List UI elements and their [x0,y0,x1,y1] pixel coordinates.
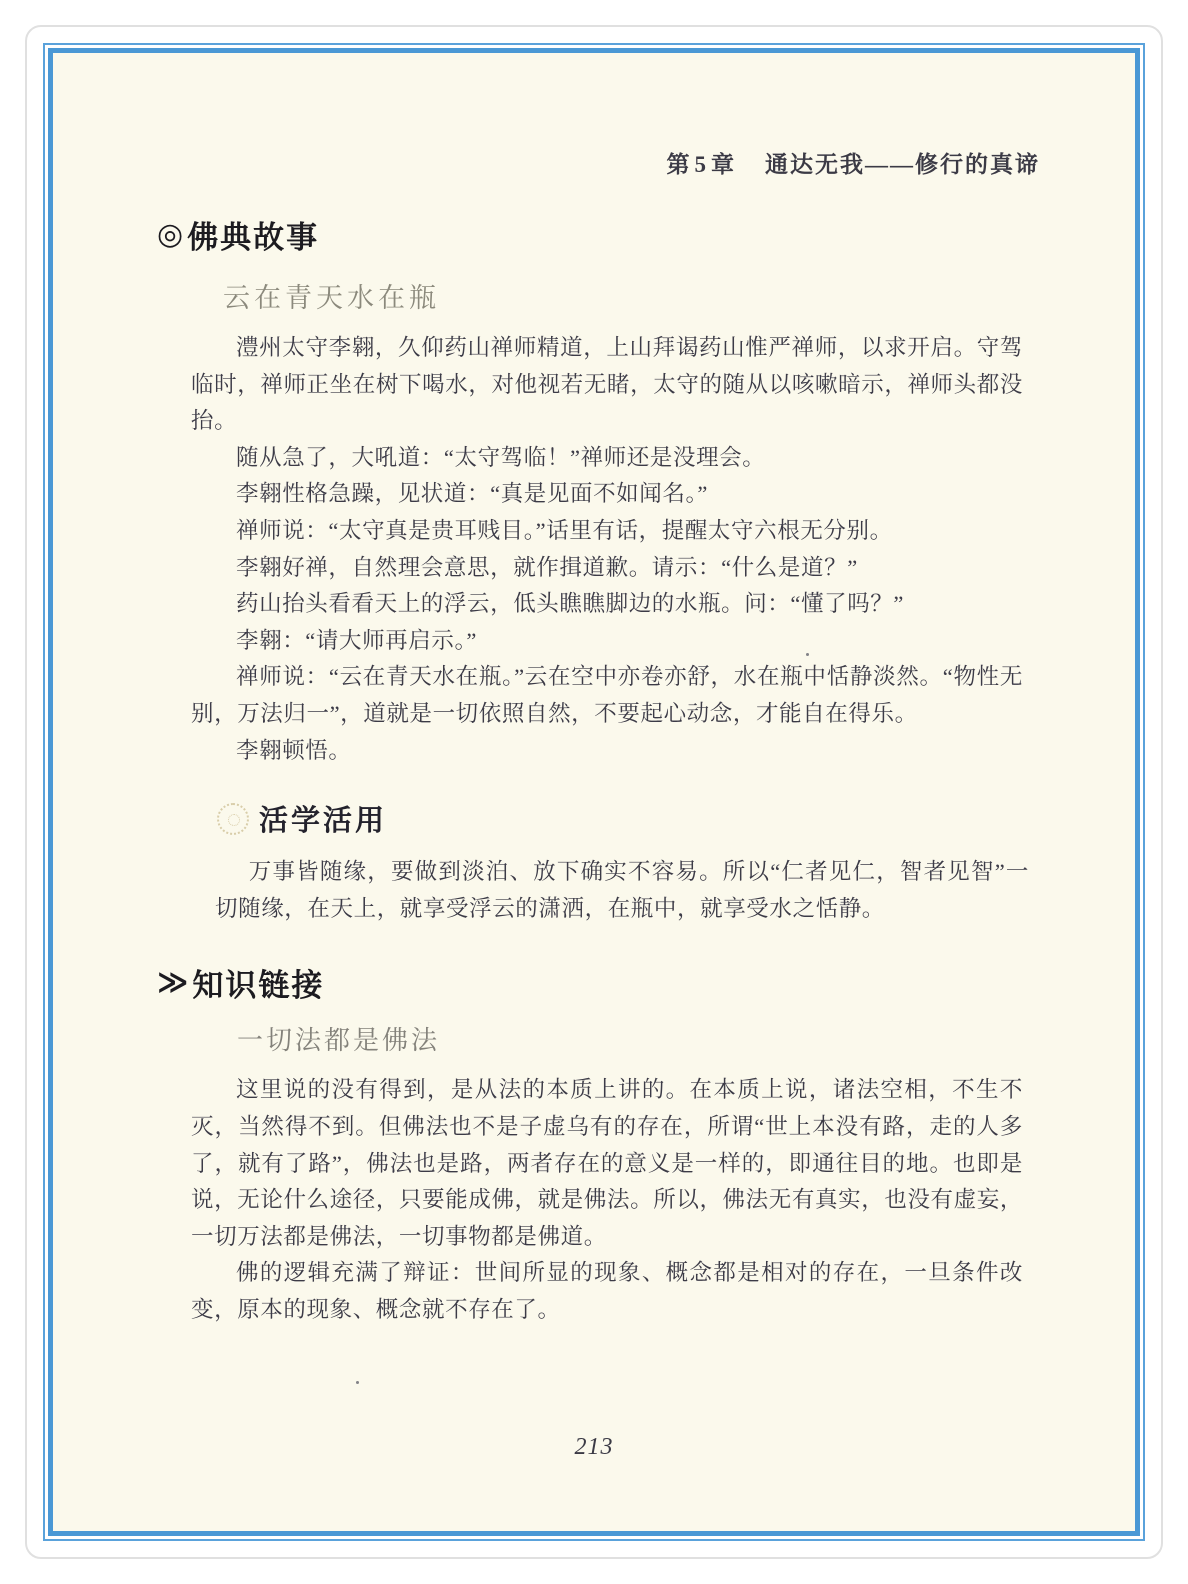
page-content: 第5章通达无我——修行的真谛 ◎ 佛典故事 云在青天水在瓶 澧州太守李翱，久仰药… [53,53,1135,1531]
story-paragraph: 禅师说：“云在青天水在瓶。”云在空中亦卷亦舒，水在瓶中恬静淡然。“物性无别，万法… [191,659,1023,732]
outer-blue-border: 第5章通达无我——修行的真谛 ◎ 佛典故事 云在青天水在瓶 澧州太守李翱，久仰药… [43,43,1145,1541]
knowledge-paragraph: 佛的逻辑充满了辩证：世间所显的现象、概念都是相对的存在，一旦条件改变，原本的现象… [191,1255,1023,1328]
chapter-title: 通达无我——修行的真谛 [765,152,1040,177]
practice-body: 万事皆随缘，要做到淡泊、放下确实不容易。所以“仁者见仁，智者见智”一切随缘，在天… [215,854,1029,927]
story-paragraph: 李翱性格急躁，见状道：“真是见面不如闻名。” [191,476,1023,513]
story-paragraph: 禅师说：“太守真是贵耳贱目。”话里有话，提醒太守六根无分别。 [191,513,1023,550]
story-body: 澧州太守李翱，久仰药山禅师精道，上山拜谒药山惟严禅师，以求开启。守驾临时，禅师正… [191,330,1023,769]
story-heading-label: 佛典故事 [187,212,319,257]
story-paragraph: 澧州太守李翱，久仰药山禅师精道，上山拜谒药山惟严禅师，以求开启。守驾临时，禅师正… [191,330,1023,440]
faded-seal-icon [217,803,249,835]
running-header: 第5章通达无我——修行的真谛 [53,53,1135,179]
knowledge-paragraph: 这里说的没有得到，是从法的本质上讲的。在本质上说，诸法空相，不生不灭，当然得不到… [191,1072,1023,1255]
story-paragraph: 药山抬头看看天上的浮云，低头瞧瞧脚边的水瓶。问：“懂了吗？” [191,586,1023,623]
knowledge-body: 这里说的没有得到，是从法的本质上讲的。在本质上说，诸法空相，不生不灭，当然得不到… [191,1072,1023,1328]
story-section-heading: ◎ 佛典故事 [157,212,1135,257]
story-paragraph: 李翱顿悟。 [191,733,1023,770]
knowledge-section-heading: ≫ 知识链接 [157,960,1135,1005]
practice-section-heading: 活学活用 [217,798,1135,839]
inner-blue-border: 第5章通达无我——修行的真谛 ◎ 佛典故事 云在青天水在瓶 澧州太守李翱，久仰药… [48,48,1140,1536]
page-card: 第5章通达无我——修行的真谛 ◎ 佛典故事 云在青天水在瓶 澧州太守李翱，久仰药… [25,25,1163,1559]
story-paragraph: 随从急了，大吼道：“太守驾临！”禅师还是没理会。 [191,440,1023,477]
double-circle-icon: ◎ [157,217,185,252]
chapter-number: 第5章 [667,152,740,177]
practice-heading-label: 活学活用 [259,798,387,839]
story-subtitle: 云在青天水在瓶 [223,276,1135,315]
page-number: 213 [53,1434,1135,1461]
knowledge-heading-label: 知识链接 [192,960,324,1005]
practice-paragraph: 万事皆随缘，要做到淡泊、放下确实不容易。所以“仁者见仁，智者见智”一切随缘，在天… [215,854,1029,927]
print-speck [356,1381,359,1384]
print-speck [806,653,809,656]
story-paragraph: 李翱：“请大师再启示。” [191,623,1023,660]
story-paragraph: 李翱好禅，自然理会意思，就作揖道歉。请示：“什么是道？” [191,550,1023,587]
knowledge-subtitle: 一切法都是佛法 [237,1020,1135,1057]
double-chevron-icon: ≫ [157,965,190,1000]
